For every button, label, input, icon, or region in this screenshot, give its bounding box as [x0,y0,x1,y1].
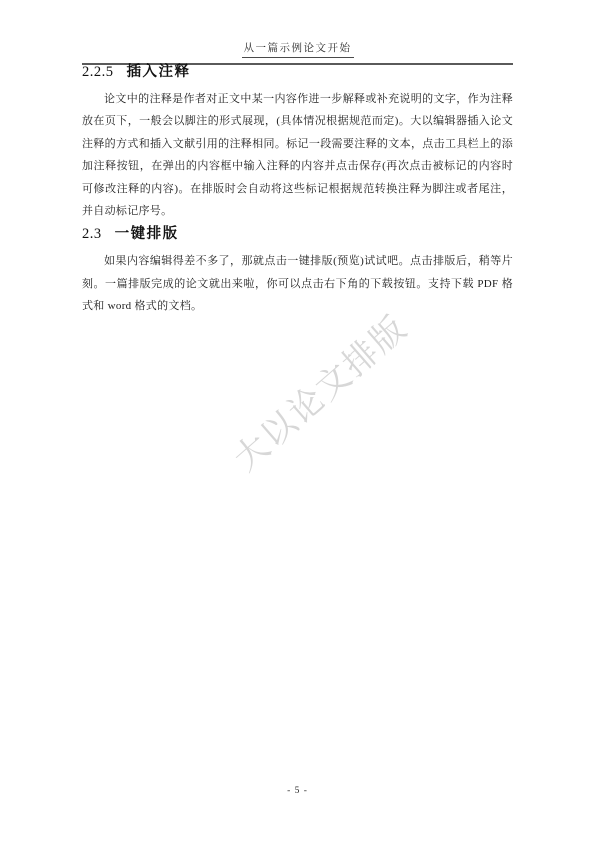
section-paragraph-one-click-typeset: 如果内容编辑得差不多了，那就点击一键排版(预览)试试吧。点击排版后，稍等片刻。一… [82,250,513,317]
page-content: 2.2.5 插入注释 论文中的注释是作者对正文中某一内容作进一步解释或补充说明的… [82,60,513,318]
section-paragraph-insert-note: 论文中的注释是作者对正文中某一内容作进一步解释或补充说明的文字，作为注释放在页下… [82,88,513,222]
section-heading-insert-note: 2.2.5 插入注释 [82,60,513,81]
section-title: 一键排版 [115,222,179,243]
section-title: 插入注释 [127,60,191,81]
section-number: 2.3 [82,226,102,243]
section-number: 2.2.5 [82,64,114,81]
diagonal-watermark: 大以论文排版 [229,310,414,477]
page-footer: - 5 - [0,780,595,798]
page-number: - 5 - [287,786,308,796]
document-page: 从一篇示例论文开始 2.2.5 插入注释 论文中的注释是作者对正文中某一内容作进… [0,0,595,842]
running-header-title: 从一篇示例论文开始 [242,42,354,58]
section-heading-one-click-typeset: 2.3 一键排版 [82,222,513,243]
